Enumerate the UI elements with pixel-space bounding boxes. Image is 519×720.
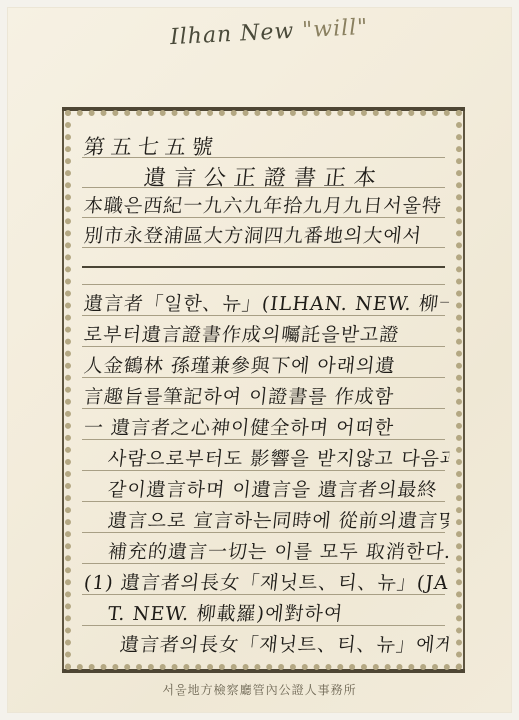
text-line: 人金鶴林 孫瑾兼參與下에 아래의遺: [83, 351, 451, 378]
text-line: 遺言者의長女「재닛트、티、뉴」에게遺言者: [119, 630, 451, 657]
notary-office-footer: 서울地方檢察廳管內公證人事務所: [0, 681, 519, 698]
text-line: 一 遺言者之心神이健全하며 어떠한: [83, 413, 451, 440]
frame-bottom-border: [62, 669, 465, 673]
document-frame: 第五七五號 遺言公正證書正本 本職은西紀一九六九年拾九月九日서울特 別市永登浦區…: [62, 107, 465, 673]
text-line: T. NEW. 柳載羅)에對하여: [107, 599, 451, 626]
section-divider: [82, 266, 445, 268]
text-line: (1) 遺言者의長女「재닛트、티、뉴」(JANET.: [83, 568, 451, 595]
text-line: 遺言者「일한、뉴」(ILHAN. NEW. 柳一韓): [83, 289, 451, 316]
text-line: 別市永登浦區大方洞四九番地의大에서: [83, 221, 451, 248]
text-line: 로부터遺言證書作成의囑託을받고證: [83, 320, 451, 347]
text-line: 本職은西紀一九六九年拾九月九日서울特: [83, 191, 451, 218]
document-number: 第五七五號: [82, 131, 450, 161]
text-line: 같이遺言하며 이遺言을 遺言者의最終: [107, 475, 451, 502]
annotation-label: "will": [302, 15, 369, 43]
text-line: 遺言으로 宣言하는同時에 從前의遺言및: [107, 506, 451, 533]
document-title: 遺言公正證書正本: [142, 161, 450, 192]
text-line: 言趣旨를筆記하여 이證書를 作成함: [83, 382, 451, 409]
ruled-line: [82, 284, 445, 285]
text-line: 사람으로부터도 影響을 받지않고 다음과: [107, 444, 451, 471]
frame-top-border: [62, 107, 465, 111]
text-line: 補充的遺言一切는 이를 모두 取消한다.: [107, 537, 451, 564]
